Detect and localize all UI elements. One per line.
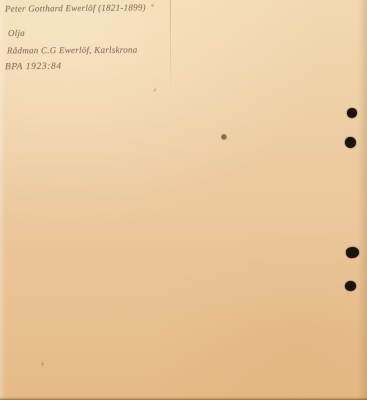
provenance-line: Rådman C.G Ewerlöf, Karlskrona	[7, 45, 137, 56]
hole-punch-dot-3	[345, 246, 359, 259]
archive-card: Peter Gotthard Ewerlöf (1821-1899) Olja …	[0, 0, 367, 400]
hole-punch-dot-2	[345, 137, 356, 148]
hole-punch-dot-1	[347, 108, 357, 118]
paper-crease	[170, 0, 171, 92]
paper-speck	[151, 4, 154, 7]
paper-speck	[153, 88, 157, 92]
reference-line: BPA 1923:84	[5, 62, 62, 72]
hole-punch-dot-4	[345, 281, 356, 291]
medium-line: Olja	[8, 28, 25, 38]
title-line: Peter Gotthard Ewerlöf (1821-1899)	[5, 2, 146, 13]
paper-speck	[41, 362, 44, 366]
stain-spot	[221, 134, 227, 140]
